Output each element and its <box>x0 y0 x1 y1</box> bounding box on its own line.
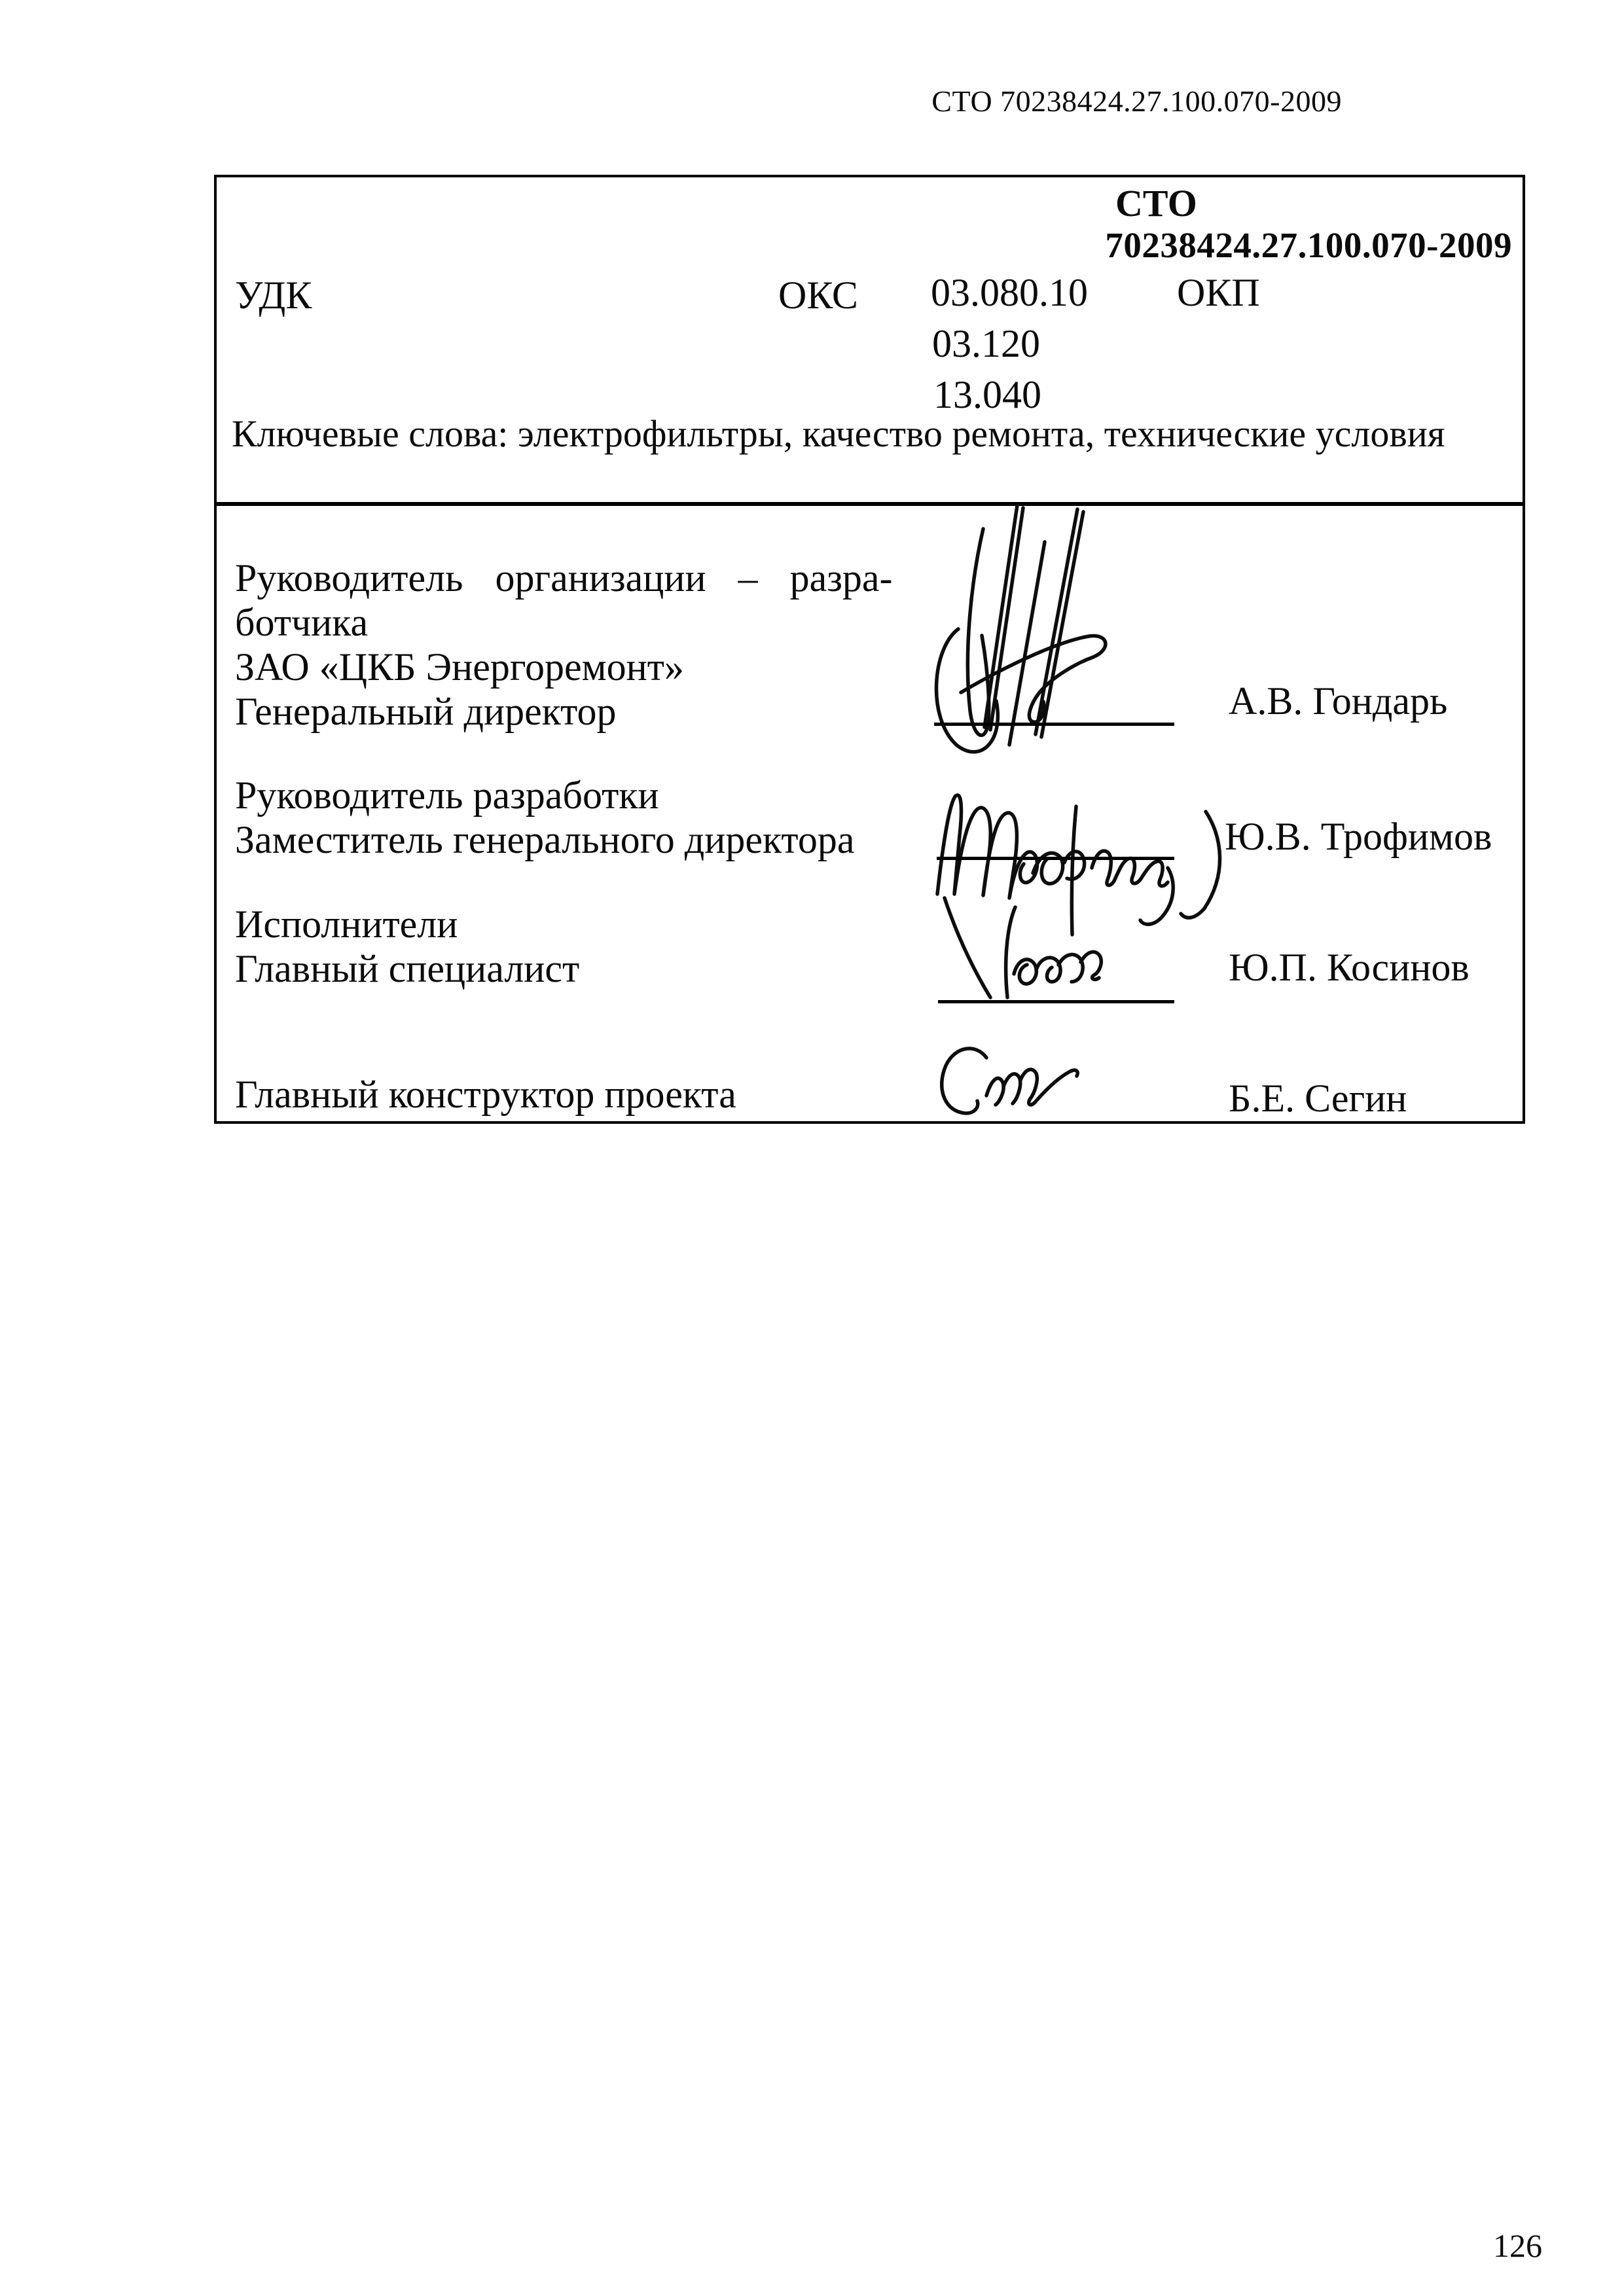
oks-code-3: 13.040 <box>933 372 1041 418</box>
document-page: СТО 70238424.27.100.070-2009 СТО 7023842… <box>0 0 1624 2296</box>
oks-code-2: 03.120 <box>932 321 1040 367</box>
standard-designation-line1: СТО <box>1115 181 1197 225</box>
signer-name-trofimov: Ю.В. Трофимов <box>1225 814 1492 859</box>
signer-role-chief-designer: Главный конструктор проекта <box>235 1072 736 1117</box>
signer-role-development-lead: Руководитель разработки Заместитель гене… <box>235 773 854 862</box>
signature-line <box>938 1000 1174 1003</box>
signature-segin <box>924 1038 1100 1120</box>
role-line: Главный конструктор проекта <box>235 1072 736 1117</box>
keywords-line: Ключевые слова: электрофильтры, качество… <box>232 412 1445 456</box>
standard-designation-line2: 70238424.27.100.070-2009 <box>1105 224 1512 266</box>
page-number: 126 <box>1493 2227 1542 2265</box>
horizontal-divider <box>214 502 1525 506</box>
okp-label: ОКП <box>1177 270 1260 315</box>
signature-kosinov <box>930 894 1127 1002</box>
role-line: Главный специалист <box>235 946 579 991</box>
signer-role-executors: Исполнители Главный специалист <box>235 902 579 991</box>
role-line: Заместитель генерального директора <box>235 817 854 862</box>
signer-name-gondar: А.В. Гондарь <box>1229 679 1447 724</box>
oks-label: ОКС <box>778 273 858 318</box>
oks-code-1: 03.080.10 <box>931 270 1088 315</box>
signer-role-developer-head: Руководитель организации – разра- ботчик… <box>235 556 893 734</box>
udk-label: УДК <box>235 273 312 318</box>
title-block-frame: СТО 70238424.27.100.070-2009 УДК ОКС 03.… <box>214 175 1525 1124</box>
role-line: ЗАО «ЦКБ Энергоремонт» <box>235 645 893 689</box>
role-line: Руководитель разработки <box>235 773 854 817</box>
role-line: Генеральный директор <box>235 689 893 734</box>
role-line: Руководитель организации – разра- <box>235 556 893 600</box>
signer-name-segin: Б.Е. Сегин <box>1229 1076 1407 1121</box>
role-line: Исполнители <box>235 902 579 946</box>
signature-line <box>937 857 1174 860</box>
page-header-reference: СТО 70238424.27.100.070-2009 <box>931 84 1342 118</box>
signer-name-kosinov: Ю.П. Косинов <box>1229 945 1470 990</box>
signature-line <box>934 723 1174 726</box>
role-line: ботчика <box>235 600 893 645</box>
